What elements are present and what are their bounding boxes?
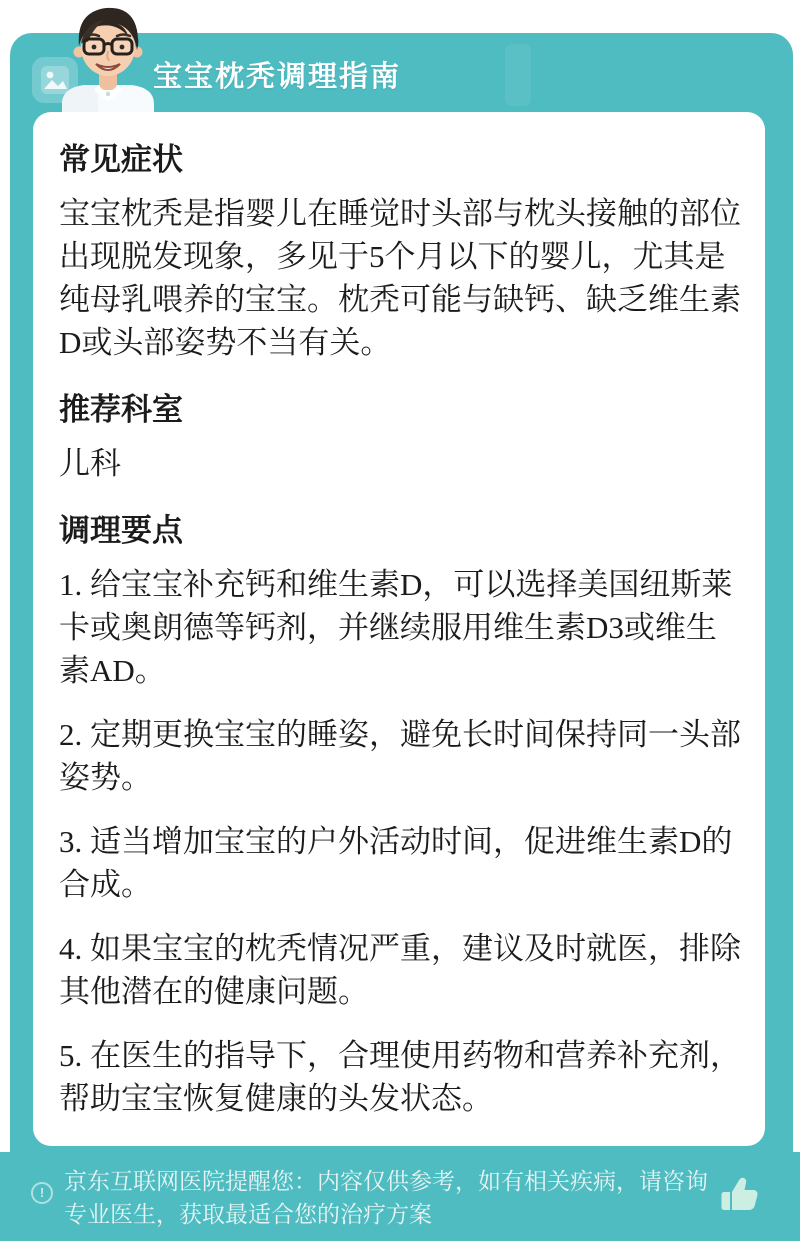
content-card: 常见症状宝宝枕秃是指婴儿在睡觉时头部与枕头接触的部位出现脱发现象，多见于5个月以…: [33, 112, 765, 1146]
section-paragraph: 2. 定期更换宝宝的睡姿，避免长时间保持同一头部姿势。: [59, 713, 741, 799]
info-circle-icon: !: [31, 1182, 53, 1204]
footer-disclaimer: 京东互联网医院提醒您：内容仅供参考，如有相关疾病，请咨询专业医生，获取最适合您的…: [64, 1165, 722, 1231]
section-paragraph: 5. 在医生的指导下，合理使用药物和营养补充剂，帮助宝宝恢复健康的头发状态。: [59, 1034, 741, 1120]
section-paragraph: 4. 如果宝宝的枕秃情况严重，建议及时就医，排除其他潜在的健康问题。: [59, 927, 741, 1013]
section-paragraph: 儿科: [59, 442, 741, 485]
section-paragraph: 宝宝枕秃是指婴儿在睡觉时头部与枕头接触的部位出现脱发现象，多见于5个月以下的婴儿…: [59, 192, 741, 364]
section-heading: 调理要点: [59, 511, 741, 551]
section-paragraph: 1. 给宝宝补充钙和维生素D，可以选择美国纽斯莱卡或奥朗德等钙剂，并继续服用维生…: [59, 563, 741, 692]
section-paragraph: 3. 适当增加宝宝的户外活动时间，促进维生素D的合成。: [59, 820, 741, 906]
doctor-avatar: [48, 0, 168, 115]
section-heading: 推荐科室: [59, 390, 741, 430]
header-decoration: [505, 44, 531, 106]
section-heading: 常见症状: [59, 140, 741, 180]
page-title: 宝宝枕秃调理指南: [153, 54, 401, 95]
thumbs-up-icon[interactable]: [720, 1174, 760, 1214]
